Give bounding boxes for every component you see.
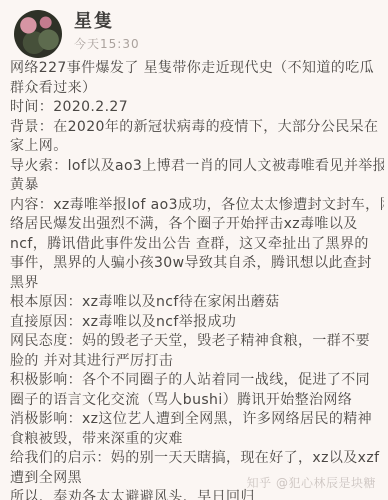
post-header: 星隻 今天15:30 bbox=[14, 10, 140, 58]
author-name[interactable]: 星隻 bbox=[74, 12, 140, 32]
post-time: 今天15:30 bbox=[74, 37, 140, 51]
post-container: 星隻 今天15:30 网络227事件爆发了 星隻带你走近现代史（不知道的吃瓜群众… bbox=[0, 0, 388, 500]
body-line: 事件，黑界的人骗小孩30w导致其自杀，腾讯想以此查封 bbox=[10, 254, 384, 274]
body-line: 给我们的启示：妈的别一天天瞎搞，现在好了，xz以及xzf bbox=[10, 449, 384, 469]
body-line: 积极影响：各个不同圈子的人站着同一战线，促进了不同 bbox=[10, 371, 384, 391]
body-line: 食粮被毁，带来深重的灾难 bbox=[10, 430, 384, 450]
body-line: 导火索：lof以及ao3上博君一肖的同人文被毒唯看见并举报 bbox=[10, 157, 384, 177]
body-line: 时间：2020.2.27 bbox=[10, 98, 384, 118]
body-line: 群众看过来） bbox=[10, 79, 384, 99]
body-line: 圈子的语言文化交流（骂人bushi）腾讯开始整治网络 bbox=[10, 391, 384, 411]
body-line: ncf，腾讯借此事件发出公告 查群，这又牵扯出了黑界的 bbox=[10, 235, 384, 255]
body-line: 所以，奉劝各太太避避风头，早日回归 bbox=[10, 488, 384, 500]
body-line: 脸的 并对其进行严厉打击 bbox=[10, 352, 384, 372]
body-line: 家上网。 bbox=[10, 137, 384, 157]
body-line: 黄暴 bbox=[10, 176, 384, 196]
avatar[interactable] bbox=[14, 10, 62, 58]
body-line: 遭到全网黑 bbox=[10, 469, 384, 489]
body-line: 黑界 bbox=[10, 274, 384, 294]
body-line: 直接原因：xz毒唯以及ncf举报成功 bbox=[10, 313, 384, 333]
body-line: 络居民爆发出强烈不满，各个圈子开始抨击xz毒唯以及 bbox=[10, 215, 384, 235]
body-line: 根本原因：xz毒唯以及ncf待在家闲出蘑菇 bbox=[10, 293, 384, 313]
body-line: 网民态度：妈的毁老子天堂，毁老子精神食粮，一群不要 bbox=[10, 332, 384, 352]
body-line: 背景：在2020年的新冠状病毒的疫情下，大部分公民呆在 bbox=[10, 118, 384, 138]
author-block: 星隻 今天15:30 bbox=[74, 10, 140, 51]
post-body: 网络227事件爆发了 星隻带你走近现代史（不知道的吃瓜群众看过来）时间：2020… bbox=[10, 59, 384, 500]
body-line: 网络227事件爆发了 星隻带你走近现代史（不知道的吃瓜 bbox=[10, 59, 384, 79]
body-line: 内容：xz毒唯举报lof ao3成功，各位太太惨遭封文封车，网 bbox=[10, 196, 384, 216]
body-line: 消极影响：xz这位艺人遭到全网黑，许多网络居民的精神 bbox=[10, 410, 384, 430]
